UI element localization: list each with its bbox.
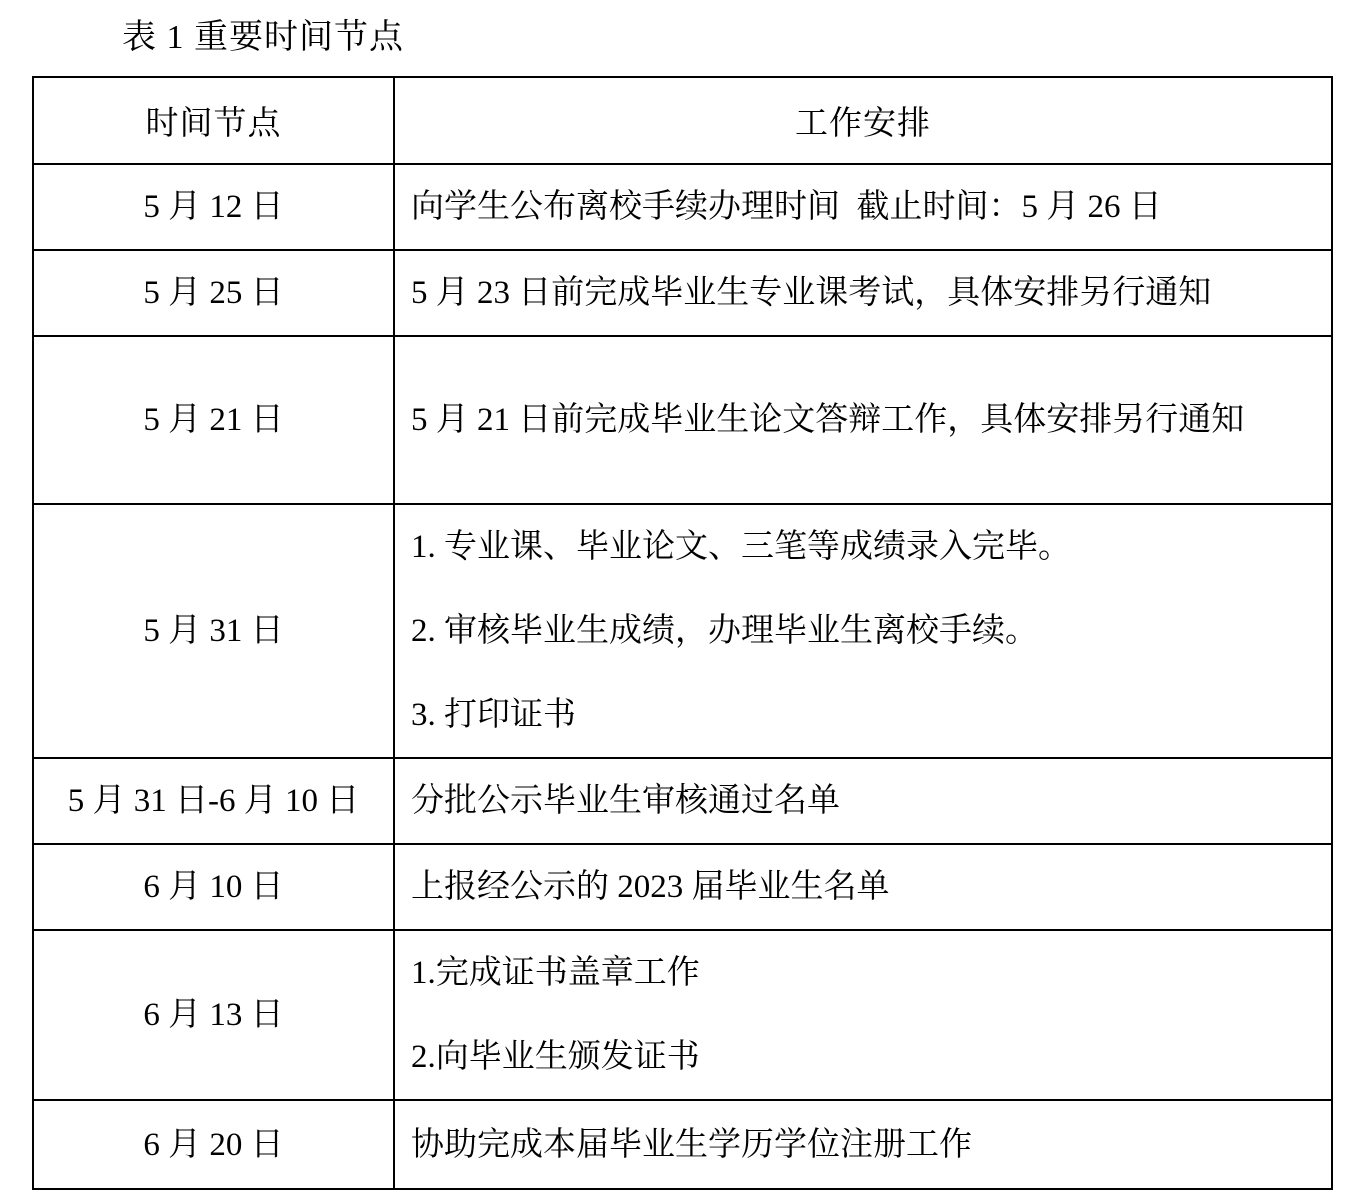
schedule-table: 时间节点 工作安排 5 月 12 日 向学生公布离校手续办理时间 截止时间：5 … (32, 76, 1333, 1190)
time-cell: 6 月 10 日 (33, 844, 394, 930)
time-cell: 5 月 25 日 (33, 250, 394, 336)
table-row: 5 月 12 日 向学生公布离校手续办理时间 截止时间：5 月 26 日 (33, 164, 1332, 250)
task-cell: 5 月 21 日前完成毕业生论文答辩工作，具体安排另行通知 (394, 336, 1332, 504)
time-cell: 5 月 31 日-6 月 10 日 (33, 758, 394, 844)
table-row: 5 月 21 日 5 月 21 日前完成毕业生论文答辩工作，具体安排另行通知 (33, 336, 1332, 504)
document-page: 表 1 重要时间节点 时间节点 工作安排 5 月 12 日 向学生公布离校手续办… (0, 0, 1356, 1195)
table-row: 6 月 13 日 1.完成证书盖章工作 2.向毕业生颁发证书 (33, 930, 1332, 1100)
task-cell: 1. 专业课、毕业论文、三笔等成绩录入完毕。 2. 审核毕业生成绩，办理毕业生离… (394, 504, 1332, 758)
table-row: 6 月 10 日 上报经公示的 2023 届毕业生名单 (33, 844, 1332, 930)
task-line: 2. 审核毕业生成绩，办理毕业生离校手续。 (411, 589, 1319, 673)
task-line: 向学生公布离校手续办理时间 截止时间：5 月 26 日 (411, 165, 1319, 249)
time-cell: 5 月 21 日 (33, 336, 394, 504)
table-row: 5 月 31 日-6 月 10 日 分批公示毕业生审核通过名单 (33, 758, 1332, 844)
header-time-node: 时间节点 (33, 77, 394, 164)
task-line: 5 月 23 日前完成毕业生专业课考试，具体安排另行通知 (411, 251, 1319, 335)
header-work-arrangement: 工作安排 (394, 77, 1332, 164)
task-cell: 协助完成本届毕业生学历学位注册工作 (394, 1100, 1332, 1189)
task-line: 3. 打印证书 (411, 673, 1319, 757)
header-row: 时间节点 工作安排 (33, 77, 1332, 164)
time-cell: 6 月 20 日 (33, 1100, 394, 1189)
task-line: 5 月 21 日前完成毕业生论文答辩工作，具体安排另行通知 (411, 378, 1319, 462)
task-cell: 上报经公示的 2023 届毕业生名单 (394, 844, 1332, 930)
table-caption: 表 1 重要时间节点 (122, 12, 1331, 64)
table-row: 5 月 25 日 5 月 23 日前完成毕业生专业课考试，具体安排另行通知 (33, 250, 1332, 336)
task-cell: 向学生公布离校手续办理时间 截止时间：5 月 26 日 (394, 164, 1332, 250)
table-row: 5 月 31 日 1. 专业课、毕业论文、三笔等成绩录入完毕。 2. 审核毕业生… (33, 504, 1332, 758)
task-line: 1. 专业课、毕业论文、三笔等成绩录入完毕。 (411, 505, 1319, 589)
task-cell: 分批公示毕业生审核通过名单 (394, 758, 1332, 844)
time-cell: 5 月 12 日 (33, 164, 394, 250)
task-line: 分批公示毕业生审核通过名单 (411, 759, 1319, 843)
task-line: 2.向毕业生颁发证书 (411, 1015, 1319, 1099)
task-line: 上报经公示的 2023 届毕业生名单 (411, 845, 1319, 929)
task-cell: 5 月 23 日前完成毕业生专业课考试，具体安排另行通知 (394, 250, 1332, 336)
time-cell: 5 月 31 日 (33, 504, 394, 758)
time-cell: 6 月 13 日 (33, 930, 394, 1100)
task-cell: 1.完成证书盖章工作 2.向毕业生颁发证书 (394, 930, 1332, 1100)
table-row: 6 月 20 日 协助完成本届毕业生学历学位注册工作 (33, 1100, 1332, 1189)
task-line: 1.完成证书盖章工作 (411, 931, 1319, 1015)
task-line: 协助完成本届毕业生学历学位注册工作 (411, 1103, 1319, 1187)
